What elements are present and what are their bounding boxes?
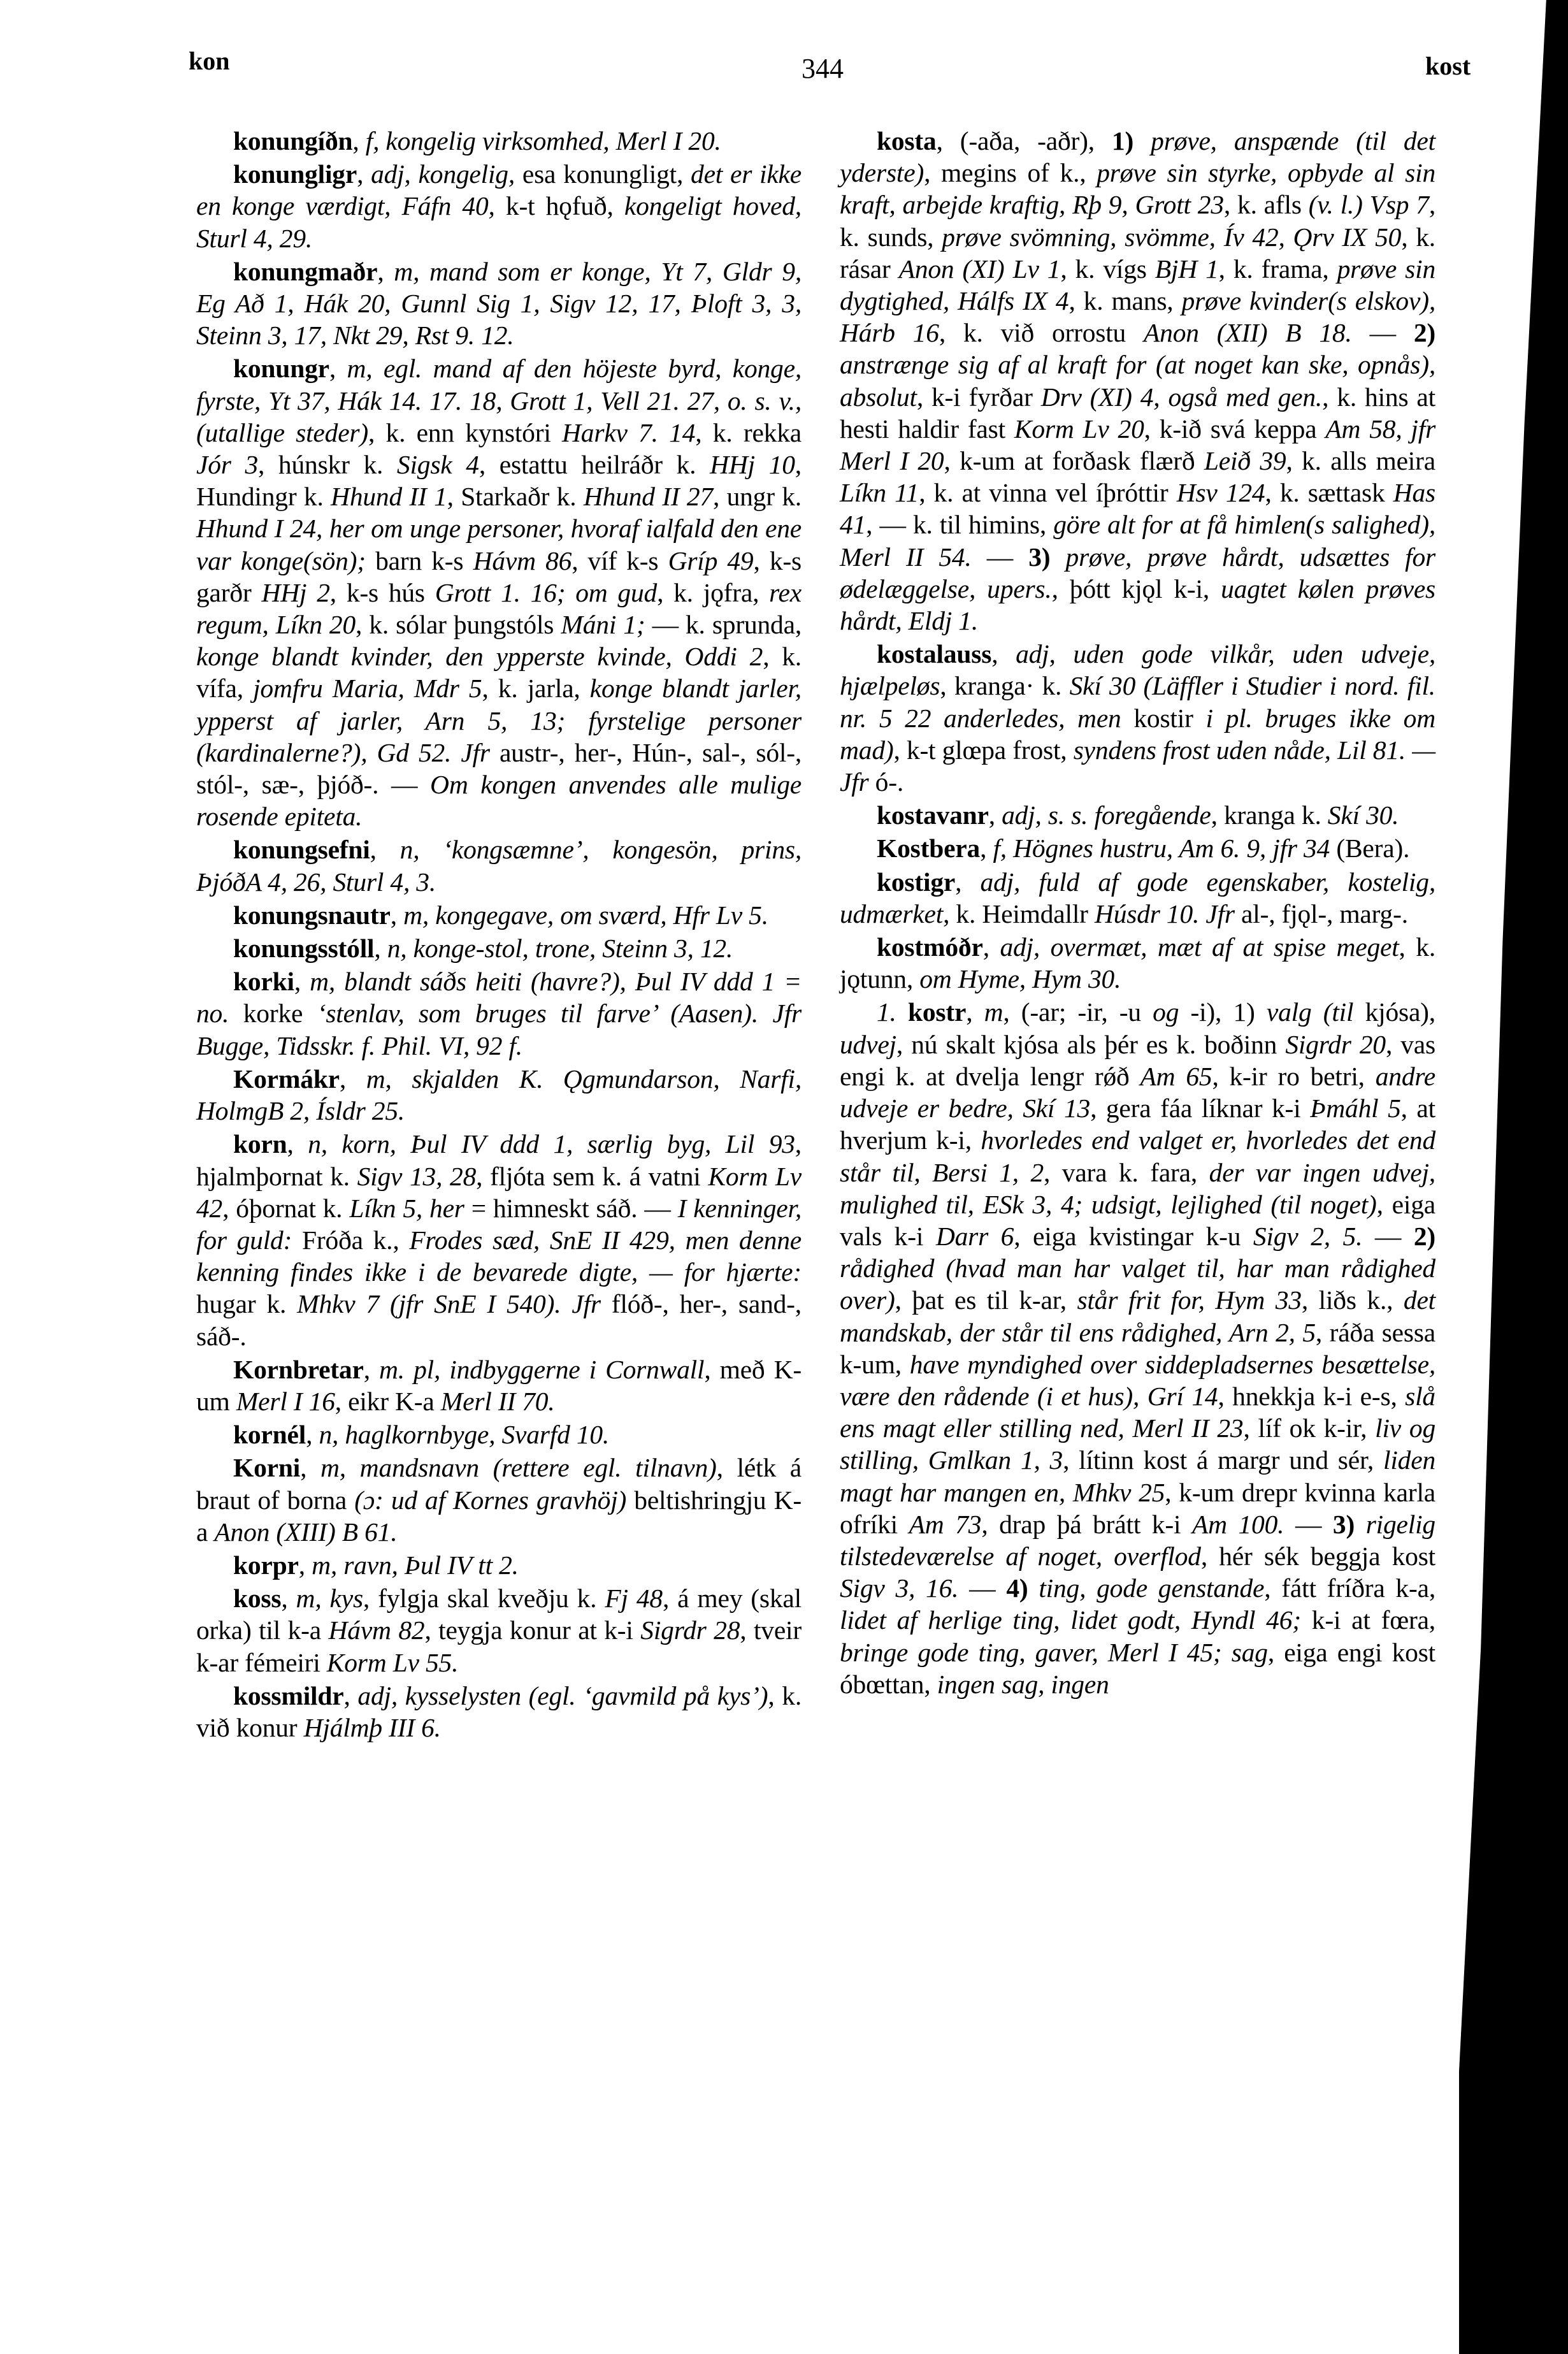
entry-text: , k. við orrostu: [939, 318, 1144, 347]
entry-text: Jór 3: [196, 450, 258, 479]
entry-text: [896, 997, 908, 1027]
entry-text: Hhund II 1: [331, 482, 447, 511]
entry-text: Sigv 2, 5.: [1253, 1222, 1362, 1251]
entry-text: Grott 1. 16; om gud: [435, 578, 657, 607]
entry-text: , teygja konur at k-i: [424, 1615, 640, 1645]
entry-text: —: [1362, 1222, 1414, 1251]
entry-text: Hávm 86: [473, 546, 572, 575]
entry-text: HHj 10: [710, 450, 795, 479]
entry-text: Leið 39: [1204, 446, 1286, 475]
entry-text: (Bera).: [1330, 834, 1409, 863]
entry-text: k-t hǫfuð,: [495, 191, 624, 220]
entry-text: Am 65: [1140, 1062, 1212, 1091]
entry-text: , k. frama,: [1219, 254, 1337, 284]
entry-text: esa konungligt,: [515, 159, 691, 189]
entry-text: , k. rekka: [695, 418, 802, 447]
entry-text: , (-aða, -aðr),: [937, 126, 1112, 155]
entry-text: , k-s hús: [330, 578, 435, 607]
entry-text: —: [1352, 318, 1414, 347]
entry-text: 3): [1028, 542, 1050, 572]
entry-text: ,: [966, 997, 984, 1027]
entry-text: konge blandt kvinder, den ypperste kvind…: [196, 642, 763, 671]
scan-edge-shadow: [1459, 0, 1568, 2354]
entry-text: [1348, 350, 1358, 379]
entry-text: Merl I 16: [236, 1387, 335, 1416]
entry-text: , þat es til k-ar,: [895, 1285, 1077, 1315]
dictionary-entry: konungíðn, f, kongelig virksomhed, Merl …: [196, 125, 802, 157]
entry-text: Anon (XIII) B 61.: [214, 1517, 397, 1547]
entry-text: Mhkv 7 (jfr SnE I 540). Jfr: [297, 1289, 601, 1318]
entry-text: Skí 30.: [1328, 800, 1399, 830]
running-head: kon 344 kost: [0, 46, 1568, 90]
headword: kostalauss: [877, 639, 991, 668]
entry-text: kostir: [1121, 704, 1206, 733]
entry-text: , k-um at forðask flærð: [944, 446, 1204, 475]
entry-text: , eiga kvistingar k-u: [1014, 1222, 1253, 1251]
entry-text: valg (til: [1267, 997, 1354, 1027]
dictionary-entry: Kornbretar, m. pl, indbyggerne i Cornwal…: [196, 1354, 802, 1417]
dictionary-entry: kostmóðr, adj, overmæt, mæt af at spise …: [840, 931, 1435, 995]
entry-text: Gríp 49: [668, 546, 754, 575]
entry-text: 4): [1006, 1573, 1028, 1603]
entry-text: Húsdr 10. Jfr: [1095, 899, 1235, 928]
entry-text: m, kys: [296, 1584, 363, 1613]
entry-text: ,: [306, 1420, 319, 1449]
entry-text: Anon (XII) B 18.: [1144, 318, 1352, 347]
headword: kossmildr: [233, 1681, 343, 1710]
entry-text: korke: [229, 999, 317, 1028]
entry-text: udvej: [840, 1030, 896, 1059]
entry-text: ,: [299, 1550, 312, 1580]
entry-text: , liðs k.,: [1302, 1285, 1404, 1315]
entry-text: (v. l.) Vsp 7: [1309, 190, 1429, 219]
entry-text: Sigrdr 20: [1285, 1030, 1386, 1059]
entry-text: , megins of k.,: [924, 158, 1097, 187]
entry-text: , k. sættask: [1265, 478, 1393, 507]
entry-text: , vara k. fara,: [1044, 1158, 1209, 1187]
entry-text: m, ravn, Þul IV tt 2.: [312, 1550, 519, 1580]
entry-text: , líf ok k-ir,: [1243, 1413, 1375, 1443]
entry-text: , — k. til himins,: [866, 510, 1053, 539]
entry-text: Sigv 3, 16.: [840, 1573, 958, 1603]
entry-text: anstrænge sig af al kraft for (at noget …: [840, 350, 1348, 379]
entry-text: , eikr K-a: [335, 1387, 441, 1416]
entry-text: står frit for, Hym 33: [1077, 1285, 1302, 1315]
entry-text: barn k-s: [366, 546, 473, 575]
entry-text: n, haglkornbyge, Svarfd 10.: [319, 1420, 609, 1449]
entry-text: — k. sprunda,: [645, 610, 802, 639]
entry-text: , k. at vinna vel íþróttir: [919, 478, 1177, 507]
entry-text: m, kongegave, om sværd, Hfr Lv 5.: [403, 900, 768, 930]
entry-text: Hjálmþ III 6.: [304, 1713, 441, 1742]
entry-text: al-, fjǫl-, marg-.: [1235, 899, 1408, 928]
headword: kosta: [877, 126, 937, 155]
entry-text: [1133, 126, 1151, 155]
entry-text: , estattu heilráðr k.: [479, 450, 710, 479]
entry-text: adj, overmæt, mæt af at spise meget: [1000, 932, 1399, 962]
dictionary-entry: kossmildr, adj, kysselysten (egl. ‘gavmi…: [196, 1680, 802, 1744]
entry-text: —: [958, 1573, 1006, 1603]
dictionary-page: kon 344 kost konungíðn, f, kongelig virk…: [0, 0, 1568, 2354]
entry-text: , hér sék beggja kost: [1201, 1542, 1435, 1571]
dictionary-entry: kostavanr, adj, s. s. foregående, kranga…: [840, 799, 1435, 831]
entry-text: lidet af herlige ting, lidet godt, Hyndl…: [840, 1605, 1301, 1635]
entry-text: ,: [294, 967, 310, 996]
entry-text: , k-ir ro betri,: [1212, 1062, 1375, 1091]
dictionary-entry: Kormákr, m, skjalden K. Ǫgmundarson, Nar…: [196, 1063, 802, 1127]
entry-text: ,: [343, 1681, 357, 1710]
running-head-last-word: kost: [1425, 51, 1471, 81]
entry-text: , k. sólar þungstóls: [356, 610, 561, 639]
dictionary-entry: korki, m, blandt sáðs heiti (havre?), Þu…: [196, 965, 802, 1062]
headword: Korni: [233, 1453, 300, 1482]
entry-text: Hávm 82: [329, 1615, 425, 1645]
entry-text: , k. alls meira: [1286, 446, 1435, 475]
entry-text: , k. jarla,: [482, 674, 589, 703]
entry-text: [1355, 1510, 1366, 1539]
dictionary-entry: konungsefni, n, ‘kongsæmne’, kongesön, p…: [196, 834, 802, 897]
entry-text: , ungr k.: [713, 482, 802, 511]
entry-text: adj, kongelig,: [371, 159, 515, 189]
dictionary-entry: kostalauss, adj, uden gode vilkår, uden …: [840, 638, 1435, 798]
entry-text: —: [972, 542, 1029, 572]
entry-text: ,: [955, 867, 980, 897]
entry-text: Anon (XI) Lv 1: [899, 254, 1061, 284]
entry-text: ,: [357, 159, 371, 189]
entry-text: ,: [352, 126, 365, 155]
entry-text: adj, kysselysten (egl. ‘gavmild på kys’): [357, 1681, 768, 1710]
entry-text: jomfru Maria, Mdr 5: [253, 674, 482, 703]
entry-text: , k. mans,: [1068, 286, 1181, 315]
entry-text: BjH 1: [1155, 254, 1219, 284]
entry-text: om Hyme, Hym 30.: [919, 964, 1121, 993]
entry-text: Sigsk 4: [397, 450, 479, 479]
entry-text: Máni 1;: [561, 610, 645, 639]
entry-text: Sigv 13, 28: [357, 1162, 477, 1191]
headword: kostmóðr: [877, 932, 983, 962]
headword: konungsstóll: [233, 934, 374, 963]
dictionary-entry: Korni, m, mandsnavn (rettere egl. tilnav…: [196, 1452, 802, 1548]
entry-text: Korm Lv 55.: [327, 1648, 458, 1677]
headword: kornél: [233, 1420, 306, 1449]
dictionary-entry: koss, m, kys, fylgja skal kveðju k. Fj 4…: [196, 1582, 802, 1679]
headword: konungr: [233, 354, 329, 383]
entry-text: , kranga k.: [1211, 800, 1328, 830]
entry-text: k-i at fœra,: [1301, 1605, 1435, 1635]
running-head-first-word: kon: [189, 46, 230, 76]
entry-text: [1050, 542, 1065, 572]
entry-text: , k-i fyrðar: [917, 382, 1041, 412]
entry-text: prøve svömning, svömme, Ív 42, Ǫrv IX 50: [942, 222, 1401, 252]
entry-text: ,: [364, 1355, 379, 1384]
entry-text: 1.: [877, 997, 896, 1027]
entry-text: , drap þá brátt k-i: [981, 1510, 1192, 1539]
entry-text: m: [984, 997, 1003, 1027]
entry-text: , lítinn kost á margr und sér,: [1063, 1445, 1383, 1475]
entry-text: Þmáhl 5: [1310, 1094, 1401, 1123]
entry-text: , gera fáa líknar k-i: [1090, 1094, 1310, 1123]
entry-text: Korm Lv 20: [1014, 414, 1144, 444]
dictionary-entry: konungsstóll, n, konge-stol, trone, Stei…: [196, 932, 802, 964]
entry-text: ,: [370, 835, 400, 864]
entry-text: [1028, 1573, 1039, 1603]
entry-text: n, konge-stol, trone, Steinn 3, 12.: [387, 934, 733, 963]
entry-text: ting, gode genstande: [1039, 1573, 1264, 1603]
entry-text: ó-.: [869, 767, 904, 797]
entry-text: , þótt kjǫl k-i,: [1052, 574, 1221, 603]
headword: Kostbera: [877, 834, 980, 863]
headword: korki: [233, 967, 294, 996]
dictionary-entry: kostigr, adj, fuld af gode egenskaber, k…: [840, 866, 1435, 930]
entry-text: 1): [1112, 126, 1133, 155]
entry-text: , húnskr k.: [258, 450, 397, 479]
entry-text: hugar k.: [196, 1289, 297, 1318]
dictionary-entry: konungr, m, egl. mand af den höjeste byr…: [196, 352, 802, 832]
entry-text: HHj 2: [261, 578, 329, 607]
entry-text: , óþornat k.: [222, 1194, 349, 1223]
entry-text: ,: [983, 932, 1000, 962]
entry-text: , fylgja skal kveðju k.: [363, 1584, 605, 1613]
entry-text: og: [1153, 997, 1179, 1027]
entry-text: —: [1284, 1510, 1333, 1539]
entry-text: ,: [989, 800, 1002, 830]
entry-text: 2): [1414, 1222, 1435, 1251]
entry-text: , k. afls: [1224, 190, 1309, 219]
headword: Kormákr: [233, 1064, 340, 1094]
dictionary-entry: korn, n, korn, Þul IV ddd 1, særlig byg,…: [196, 1128, 802, 1352]
entry-text: Harkv 7. 14: [562, 418, 695, 447]
entry-text: ,: [281, 1584, 296, 1613]
entry-text: ,: [287, 1129, 308, 1159]
entry-text: ,: [391, 900, 403, 930]
entry-text: 3): [1333, 1510, 1355, 1539]
headword: konungsefni: [233, 835, 370, 864]
entry-text: , k. enn kynstóri: [368, 418, 562, 447]
dictionary-entry: konungsnautr, m, kongegave, om sværd, Hf…: [196, 899, 802, 931]
right-column: kosta, (-aða, -aðr), 1) prøve, anspænde …: [840, 125, 1435, 1701]
headword: konungíðn: [233, 126, 352, 155]
entry-text: Sigrdr 28: [640, 1615, 740, 1645]
entry-text: ,: [374, 934, 387, 963]
entry-text: ,: [340, 1064, 366, 1094]
entry-text: Darr 6: [936, 1222, 1014, 1251]
entry-text: kjósa),: [1353, 997, 1435, 1027]
entry-text: , k-ið svá keppa: [1144, 414, 1326, 444]
entry-text: , víf k-s: [572, 546, 668, 575]
entry-text: m, mandsnavn (rettere egl. tilnavn): [320, 1453, 717, 1482]
entry-text: , fátt fríðra k-a,: [1264, 1573, 1435, 1603]
entry-text: , fljóta sem k. á vatni: [476, 1162, 708, 1191]
entry-text: kostr: [908, 997, 966, 1027]
dictionary-entry: korpr, m, ravn, Þul IV tt 2.: [196, 1549, 802, 1581]
entry-text: , (-ar; -ir, -u: [1003, 997, 1153, 1027]
dictionary-entry: kornél, n, haglkornbyge, Svarfd 10.: [196, 1419, 802, 1450]
entry-text: , kranga· k.: [940, 671, 1069, 700]
entry-text: Merl II 70.: [441, 1387, 555, 1416]
entry-text: n, korn, Þul IV ddd 1, særlig byg, Lil 9…: [308, 1129, 795, 1159]
entry-text: f, kongelig virksomhed, Merl I 20.: [366, 126, 721, 155]
entry-text: ,: [329, 354, 347, 383]
entry-text: ingen sag, ingen: [937, 1670, 1109, 1699]
dictionary-entry: kosta, (-aða, -aðr), 1) prøve, anspænde …: [840, 125, 1435, 637]
entry-text: , nú skalt kjósa als þér es k. boðinn: [896, 1030, 1285, 1059]
entry-text: Fróða k.,: [292, 1225, 409, 1255]
headword: koss: [233, 1584, 281, 1613]
entry-text: , hnekkja k-i e-s,: [1218, 1382, 1405, 1411]
entry-text: f, Högnes hustru, Am 6. 9, jfr 34: [993, 834, 1330, 863]
entry-text: Drv (XI) 4, også med gen.: [1041, 382, 1322, 412]
entry-text: (ɔ: ud af Kornes gravhöj): [354, 1485, 626, 1515]
entry-text: m. pl, indbyggerne i Cornwall: [379, 1355, 704, 1384]
entry-text: , k. vígs: [1060, 254, 1154, 284]
headword: kostigr: [877, 867, 955, 897]
headword: Kornbretar: [233, 1355, 364, 1384]
entry-text: ,: [991, 639, 1016, 668]
entry-text: Am 100.: [1192, 1510, 1284, 1539]
entry-text: ,: [377, 257, 394, 286]
headword: konungsnautr: [233, 900, 391, 930]
headword: korpr: [233, 1550, 299, 1580]
entry-text: , k-t glœpa frost,: [894, 735, 1074, 765]
entry-text: Líkn 5, her: [349, 1194, 464, 1223]
entry-text: Hhund II 27: [584, 482, 713, 511]
entry-text: Am 73: [909, 1510, 982, 1539]
dictionary-entry: Kostbera, f, Högnes hustru, Am 6. 9, jfr…: [840, 832, 1435, 864]
entry-text: Líkn 11: [840, 478, 919, 507]
headword: korn: [233, 1129, 287, 1159]
entry-text: -i), 1): [1179, 997, 1267, 1027]
entry-text: ,: [980, 834, 993, 863]
page-number: 344: [802, 52, 844, 85]
entry-text: Fj 48: [605, 1584, 663, 1613]
dictionary-entry: konungligr, adj, kongelig, esa konunglig…: [196, 158, 802, 254]
entry-text: , Starkaðr k.: [447, 482, 584, 511]
entry-text: , k. jǫfra,: [657, 578, 769, 607]
left-column: konungíðn, f, kongelig virksomhed, Merl …: [196, 125, 802, 1745]
dictionary-entry: 1. kostr, m, (-ar; -ir, -u og -i), 1) va…: [840, 996, 1435, 1700]
headword: konungligr: [233, 159, 357, 189]
entry-text: bringe gode ting, gaver, Merl I 45; sag: [840, 1638, 1268, 1667]
entry-text: 2): [1414, 318, 1435, 347]
headword: kostavanr: [877, 800, 989, 830]
entry-text: Hsv 124: [1177, 478, 1265, 507]
dictionary-entry: konungmaðr, m, mand som er konge, Yt 7, …: [196, 256, 802, 352]
entry-text: = himneskt sáð. —: [464, 1194, 678, 1223]
headword: konungmaðr: [233, 257, 377, 286]
entry-text: , k. Heimdallr: [943, 899, 1095, 928]
entry-text: ,: [300, 1453, 320, 1482]
entry-text: adj, s. s. foregående: [1002, 800, 1211, 830]
